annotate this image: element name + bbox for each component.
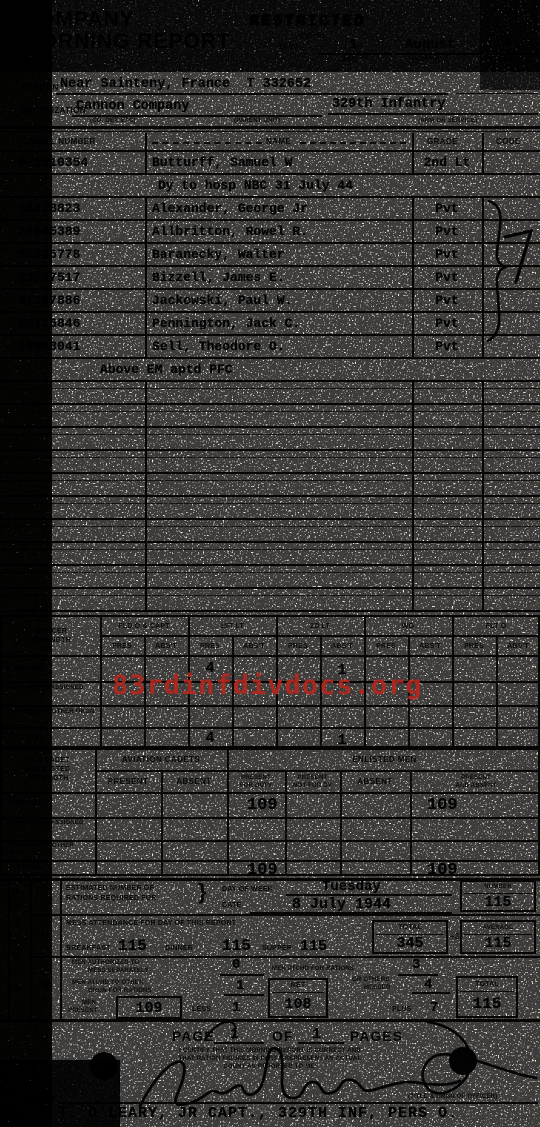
co-det-label: (CO. DET. ETC) — [90, 118, 136, 124]
date-label: DATE — [222, 902, 241, 909]
serial-cell: 38045389 — [18, 225, 80, 238]
pa-header1: PRESENT — [410, 775, 540, 781]
pnfd-header2: NOT FOR DY — [285, 783, 340, 789]
serial-cell: O-1310354 — [18, 156, 88, 169]
average-value: 115 — [462, 936, 534, 951]
year-preprint: 19 — [491, 43, 501, 51]
men-present-value: 109 — [118, 1001, 180, 1016]
serial-number-header: SERIAL NUMBER — [24, 138, 96, 146]
signed-name-line: JOHN T. O'LEARY, JR CAPT., 329TH INF, PE… — [8, 1106, 458, 1121]
form-title-line2: MORNING REPORT — [22, 31, 231, 52]
pres-subheader: PRES — [364, 643, 408, 650]
page-number: 1 — [230, 1027, 239, 1042]
name-cell: Pennington, Jack C. — [152, 317, 300, 330]
col-group-flt-o: FLT O — [452, 623, 540, 630]
blank-row — [0, 589, 540, 612]
detail-total-label: TOTAL — [458, 981, 516, 988]
number-box-label: NUMBER — [462, 884, 534, 890]
flourish-loop — [423, 1022, 536, 1093]
breakfast-value: 115 — [118, 938, 147, 954]
parent-unit-label: (PARENT UNIT) — [234, 118, 280, 124]
estimated-label1: ESTIMATED NUMBER OF — [66, 885, 154, 892]
serial-cell: 33378823 — [18, 202, 80, 215]
atchd-rations-label: MEN ATCHD FOR RATIONS — [272, 966, 354, 972]
watermark: 83rdinfdivdocs.org — [112, 670, 423, 701]
mess-sep-label2: MESS SEPARATELY — [88, 968, 149, 974]
date-year-value: 4 — [503, 37, 511, 51]
certification-line3: COUNT AS REPORTED TO ME: — [130, 1064, 410, 1070]
pa-header2: AND ABSENT — [410, 783, 540, 789]
enlisted-title3: STRENGTH — [2, 775, 95, 782]
pres-subheader: PRES — [100, 643, 144, 650]
table-row: 33227517 Bizzell, James E. Pvt — [0, 267, 540, 290]
table-row: 35585778 Baranecky, Walter Pvt — [0, 244, 540, 267]
name-cell: Alexander, George Jr — [152, 202, 308, 215]
atchd-other-label1: MEN ATCHD TO OTHER — [72, 980, 144, 986]
col-group-2d-lt: 2D LT — [276, 623, 364, 630]
dinner-value: 115 — [222, 938, 251, 954]
blank-row — [0, 405, 540, 428]
of-label: OF — [272, 1029, 293, 1043]
divide-by-three: ÷3 — [450, 933, 460, 941]
av-absent-header: ABSENT — [161, 778, 227, 786]
ration-date-value: 8 July 1944 — [292, 897, 391, 912]
certification-line2: THAT RATION FIGURES IN PART II REPRESENT… — [130, 1056, 410, 1062]
roster-header-row: SERIAL NUMBER NAME GRADE CODE — [0, 133, 540, 152]
average-label: AVERAGE — [462, 925, 534, 931]
form-title-line1: COMPANY — [22, 9, 135, 30]
less-value: 1 — [232, 1001, 240, 1015]
assigned-pfd-value: 109 — [247, 797, 278, 814]
others-label1: OR OTHERS — [352, 977, 389, 983]
others-label2: MESSED — [364, 985, 391, 991]
atchd-rations-value: 3 — [412, 958, 420, 972]
enlisted-men-group: ENLISTED MEN — [227, 756, 540, 764]
row-label-attached-fr-other: ATTACHED FR OTHER ORGN — [6, 709, 96, 716]
name-cell: Baranecky, Walter — [152, 248, 285, 261]
remark-cell: Dy to hosp NBC 31 July 44 — [158, 179, 353, 192]
mess-sep-label1: MEN AUTHORIZED TO — [72, 960, 139, 966]
rations-section: RATIONS I II III ESTIMATED NUMBER OF RAT… — [0, 878, 540, 1022]
name-cell: Butturff, Samuel W — [152, 156, 292, 169]
aviation-cadets-group: AVIATION CADETS — [95, 756, 227, 764]
blank-row — [0, 428, 540, 451]
day-of-week-value: Tuesday — [322, 880, 381, 894]
serial-cell: 31197886 — [18, 294, 80, 307]
serial-cell: 35116846 — [18, 317, 80, 330]
punch-hole-left — [90, 1052, 118, 1080]
organization-value: Cannon Company — [76, 100, 189, 114]
name-cell: Sell, Theodore O. — [152, 340, 285, 353]
total-pfd-value: 109 — [247, 862, 278, 879]
row-label-attached-unassigned: ATTACHED UNASSIGNED — [6, 820, 94, 827]
breakfast-label: BREAKFAST — [66, 945, 111, 952]
grade-cell: Pvt — [412, 271, 482, 284]
header-dash-right — [300, 142, 406, 144]
row-label-total: TOTAL — [18, 864, 42, 871]
serial-cell: 35568041 — [18, 340, 80, 353]
net-value: 108 — [270, 997, 326, 1012]
grade-cell: 2nd Lt — [412, 156, 482, 169]
mess-sep-value: 0 — [232, 958, 240, 972]
less-label: LESS — [192, 1006, 211, 1013]
rations-vertical-label: RATIONS — [11, 886, 20, 1016]
title-orgn-label: (TITLE & ORGN OF OFFICER) — [408, 1094, 497, 1100]
plus-value: 7 — [430, 1001, 438, 1015]
supper-label: SUPPER — [262, 945, 292, 952]
date-month-value: August — [405, 38, 455, 52]
abst-subheader: ABS'T — [232, 643, 276, 650]
men-present-label2: PRESENT — [68, 1008, 98, 1014]
morning-report-document: COMPANY MORNING REPORT RESTRICTED ENDING… — [0, 0, 540, 1127]
blank-row — [0, 520, 540, 543]
atchd-other-label2: ORGN FOR RATIONS — [88, 988, 152, 994]
header-dash-left — [152, 142, 262, 144]
table-row: 31197886 Jackowski, Paul W. Pvt — [0, 290, 540, 313]
blank-row — [0, 566, 540, 589]
detail-total-value: 115 — [458, 996, 516, 1012]
blank-row — [0, 474, 540, 497]
pfd-header2: FOR DUTY — [227, 783, 285, 789]
officer-strength-title1: OFFICER — [2, 628, 100, 635]
day-label: (DAY) — [341, 57, 358, 63]
others-value: 4 — [424, 978, 432, 992]
number-value: 115 — [462, 895, 534, 910]
enlisted-strength-table: AVN CADET & ENLISTED STRENGTH AVIATION C… — [0, 748, 540, 876]
section-iii-label: III — [30, 982, 60, 990]
day-of-week-label: DAY OF WEEK — [222, 886, 273, 893]
table-row: 35568041 Sell, Theodore O. Pvt — [0, 336, 540, 359]
abst-subheader: ABS'T — [496, 643, 540, 650]
enlisted-title1: AVN CADET — [2, 757, 95, 764]
serial-cell: 35585778 — [18, 248, 80, 261]
blank-row — [0, 497, 540, 520]
assigned-pa-value: 109 — [427, 797, 458, 814]
officer-strength-title2: STRENGTH — [2, 637, 100, 644]
punch-hole-right — [449, 1047, 477, 1075]
av-present-header: PRESENT — [95, 778, 161, 786]
grade-header: GRADE — [427, 138, 458, 146]
grade-cell: Pvt — [412, 340, 482, 353]
grade-cell: Pvt — [412, 317, 482, 330]
total-1stlt-pres-value: 4 — [188, 731, 232, 746]
remark-cell: Above EM aptd PFC — [100, 363, 233, 376]
total-pa-value: 109 — [427, 862, 458, 879]
net-label: NET — [270, 982, 326, 989]
enlisted-title2: & ENLISTED — [2, 766, 95, 773]
table-row-remark: Dy to hosp NBC 31 July 44 — [0, 175, 540, 198]
supper-value: 115 — [300, 939, 327, 954]
name-cell: Jackowski, Paul W. — [152, 294, 292, 307]
col-group-fldo-capt: FLD O & CAPT — [100, 623, 188, 630]
table-row: 35116846 Pennington, Jack C. Pvt — [0, 313, 540, 336]
en-absent-header: ABSENT — [340, 778, 410, 786]
pages-total: 1 — [312, 1027, 321, 1042]
certification-line1: I CERTIFY THAT THIS MORNING REPORT IS CO… — [130, 1048, 410, 1054]
pnfd-header1: PRESENT — [285, 775, 340, 781]
grade-cell: Pvt — [412, 294, 482, 307]
serial-cell: 33227517 — [18, 271, 80, 284]
table-row: 38045389 Allbritton, Rowel R. Pvt — [0, 221, 540, 244]
organization-service: 329th Infantry — [332, 98, 445, 112]
section-i-label: I — [30, 892, 60, 900]
blank-row — [0, 382, 540, 405]
row-label-assigned: ASSIGNED — [6, 665, 44, 672]
abst-subheader: ABS'T — [144, 643, 188, 650]
signature-label: SIGNATURE — [14, 1094, 57, 1101]
station-value: Near Sainteny, France T 332652 — [60, 78, 311, 92]
row-label-total: TOTAL — [20, 735, 44, 742]
table-row-remark: Above EM aptd PFC — [0, 359, 540, 382]
pres-subheader: PRES — [188, 643, 232, 650]
restricted-stamp: RESTRICTED — [249, 13, 365, 31]
pages-label: PAGES — [350, 1029, 403, 1043]
estimated-label2: RATIONS REQUIRED FOR — [66, 895, 157, 902]
table-row: 33378823 Alexander, George Jr Pvt — [0, 198, 540, 221]
total-2dlt-abst-value: 1 — [320, 733, 364, 748]
year-label: (YEAR) — [498, 57, 520, 63]
dinner-label: DINNER — [165, 945, 193, 952]
row-label-assigned: ASSIGNED — [6, 800, 44, 807]
blank-row — [0, 451, 540, 474]
men-present-label1: MEN — [82, 1000, 96, 1006]
station-label: STATION — [22, 84, 59, 92]
grade-cell: Pvt — [412, 202, 482, 215]
pres-subheader: PRES — [276, 643, 320, 650]
mess-attendance-label: MESS ATTENDANCE FOR DAY OF THIS REPORT — [66, 920, 236, 927]
date-day-value: 1 — [349, 38, 357, 52]
abst-subheader: ABS'T — [320, 643, 364, 650]
col-group-wo: WO — [364, 623, 452, 630]
plus-label: PLUS — [392, 1006, 411, 1013]
row-label-attached-unassigned: ATTACHED UNASSIGNED — [6, 685, 96, 692]
ending-time-label: 2400 — [279, 43, 298, 51]
ending-label: ENDING — [300, 34, 325, 40]
atchd-other-value: 1 — [236, 979, 244, 993]
brace-glyph: } — [198, 881, 207, 903]
mess-total-value: 345 — [374, 936, 446, 951]
table-row: O-1310354 Butturff, Samuel W 2nd Lt — [0, 152, 540, 175]
grade-cell: Pvt — [412, 225, 482, 238]
page-label: PAGE — [172, 1029, 215, 1043]
pres-subheader: PRES — [452, 643, 496, 650]
mess-total-label: TOTAL — [374, 924, 446, 931]
month-label: (MONTH) — [412, 57, 439, 63]
blank-row — [0, 543, 540, 566]
pfd-header1: PRESENT — [227, 775, 285, 781]
grade-cell: Pvt — [412, 248, 482, 261]
name-header: NAME — [266, 138, 291, 146]
name-cell: Bizzell, James E. — [152, 271, 285, 284]
col-group-1st-lt: 1ST LT — [188, 623, 276, 630]
row-label-attached-fr-other: ATTACHED FR OTHER ORGN — [6, 843, 94, 857]
abst-subheader: ABS'T — [408, 643, 452, 650]
name-cell: Allbritton, Rowel R. — [152, 225, 308, 238]
arm-service-label: (ARM OR SERVICE) — [418, 118, 477, 124]
section-ii-label: II — [30, 930, 60, 938]
code-header: CODE — [496, 138, 521, 146]
